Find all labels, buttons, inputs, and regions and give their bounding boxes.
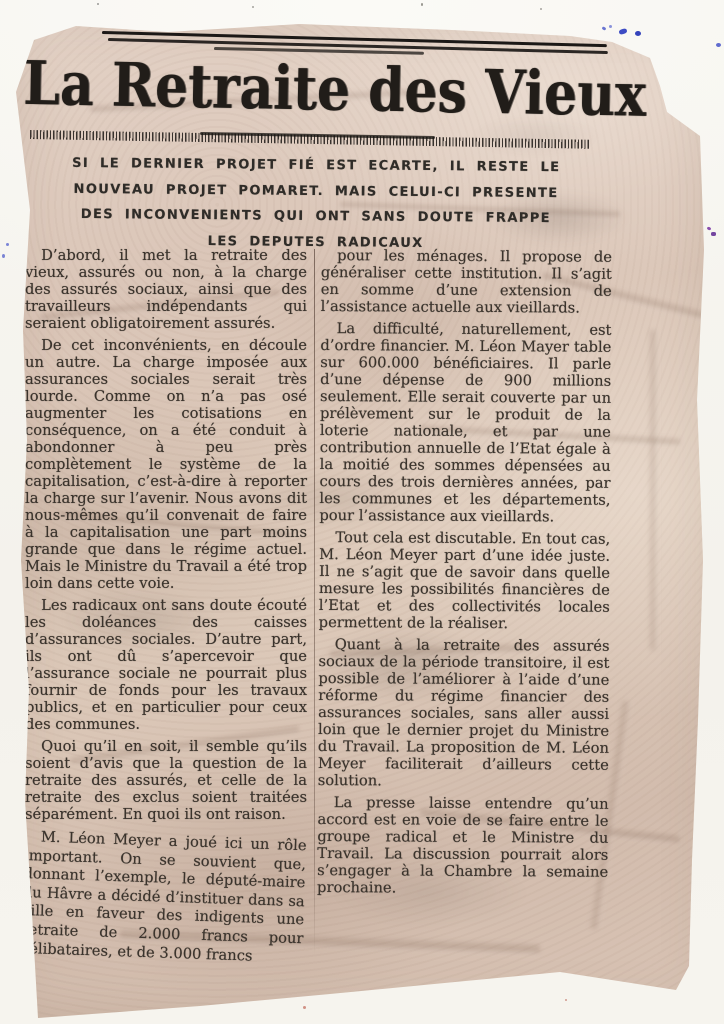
dust-speck bbox=[540, 8, 542, 10]
blue-ink-mark bbox=[602, 26, 607, 31]
blue-ink-mark bbox=[6, 243, 9, 246]
blue-ink-mark bbox=[635, 31, 641, 36]
newspaper-clipping-paper: La Retraite des Vieux SI LE DERNIER PROJ… bbox=[0, 0, 724, 1024]
paragraph: D’abord, il met la retraite des vieux, a… bbox=[25, 247, 307, 332]
dust-speck bbox=[252, 6, 254, 8]
paragraph: Quoi qu’il en soit, il semble qu’ils soi… bbox=[25, 738, 307, 823]
scanned-newspaper-clipping: La Retraite des Vieux SI LE DERNIER PROJ… bbox=[0, 0, 724, 1024]
hatched-rule bbox=[30, 130, 590, 149]
paragraph: pour les ménages. Il propose de générali… bbox=[321, 247, 612, 317]
paragraph: Les radicaux ont sans doute écouté les d… bbox=[25, 597, 307, 733]
blue-ink-mark bbox=[618, 28, 627, 35]
paragraph: La difficulté, naturellement, est d’ordr… bbox=[319, 320, 611, 526]
article-body: D’abord, il met la retraite des vieux, a… bbox=[25, 247, 613, 958]
right-column: pour les ménages. Il propose de générali… bbox=[317, 247, 612, 960]
blue-ink-mark bbox=[716, 43, 721, 47]
headline: La Retraite des Vieux bbox=[23, 54, 672, 127]
red-speck bbox=[565, 999, 567, 1001]
blue-ink-mark bbox=[2, 254, 5, 258]
dust-speck bbox=[421, 3, 423, 6]
paragraph: M. Léon Meyer a joué ici un rôle importa… bbox=[21, 828, 307, 967]
violet-ink-mark bbox=[707, 226, 712, 230]
paragraph: De cet inconvénients, en découle un autr… bbox=[25, 337, 307, 592]
paper-crease bbox=[648, 330, 658, 650]
left-column: D’abord, il met la retraite des vieux, a… bbox=[25, 247, 307, 958]
subheadline-line: DES INCONVENIENTS QUI ONT SANS DOUTE FRA… bbox=[42, 202, 590, 232]
red-speck bbox=[303, 1006, 306, 1009]
violet-ink-mark bbox=[711, 232, 716, 236]
paragraph: La presse laisse entendre qu’un accord e… bbox=[317, 794, 609, 898]
dust-speck bbox=[97, 3, 99, 5]
paragraph: Tout cela est discutable. En tout cas, M… bbox=[319, 529, 611, 633]
blue-ink-mark bbox=[609, 25, 612, 28]
column-divider bbox=[314, 249, 315, 955]
subheadline: SI LE DERNIER PROJET FIÉ EST ECARTE, IL … bbox=[42, 151, 591, 258]
paragraph: Quant à la retraite des assurés sociaux … bbox=[318, 636, 610, 791]
